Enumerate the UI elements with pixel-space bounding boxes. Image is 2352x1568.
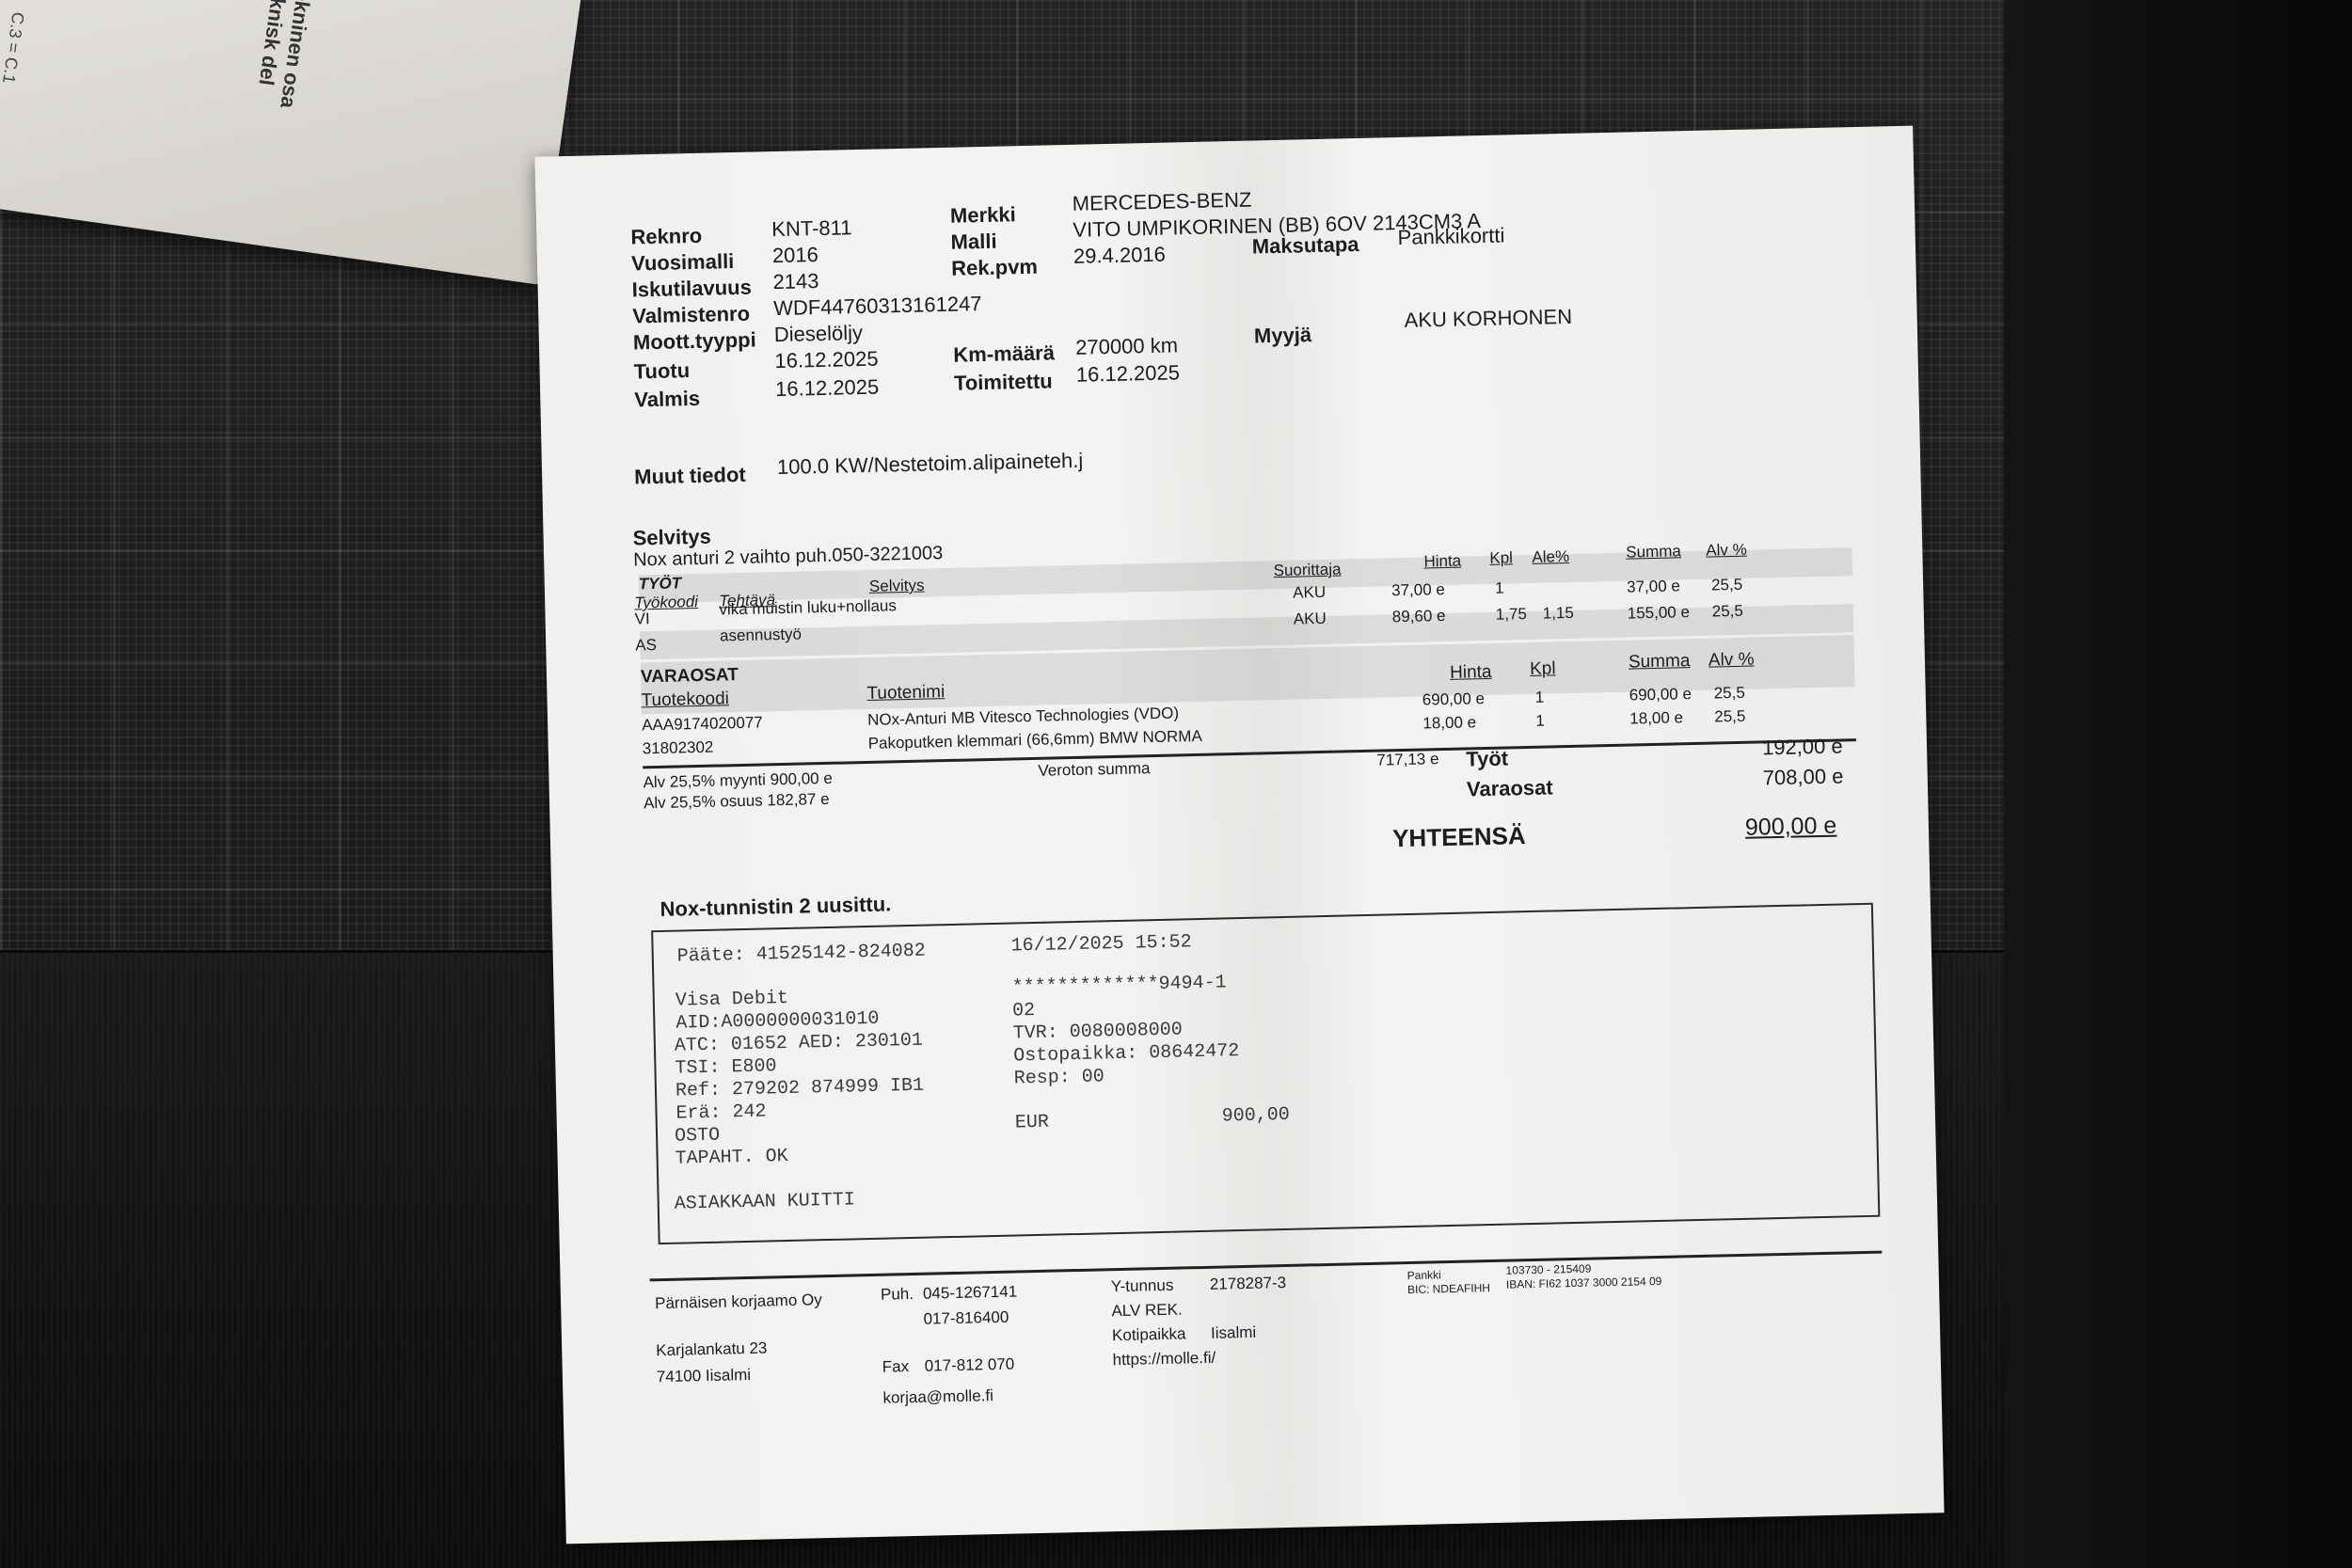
maksutapa-label: Maksutapa [1252, 232, 1359, 260]
labor-cell-discount: 1,15 [1543, 604, 1575, 624]
parts-cell-vat: 25,5 [1714, 684, 1746, 704]
net-sum-value: 717,13 e [1376, 750, 1439, 769]
labor-cell-price: 89,60 e [1392, 607, 1446, 626]
fax-label: Fax [882, 1357, 910, 1377]
iskutilavuus-label: Iskutilavuus [631, 276, 752, 303]
muut-value: 100.0 KW/Nestetoim.alipaineteh.j [777, 449, 1084, 480]
valmistenro-value: WDF44760313161247 [773, 292, 982, 321]
grand-total-value: 900,00 e [1745, 813, 1837, 842]
labor-total-value: 192,00 e [1762, 734, 1843, 760]
company-website[interactable]: https://molle.fi/ [1112, 1349, 1216, 1370]
labor-col-sum: Summa [1626, 542, 1681, 562]
terminal-id: Pääte: 41525142-824082 [677, 941, 927, 968]
selvitys-title: Selvitys [632, 525, 711, 551]
moottyyppi-label: Moott.tyyppi [633, 328, 756, 356]
labor-cell-price: 37,00 e [1391, 580, 1445, 600]
card-amount: 900,00 [1222, 1104, 1291, 1128]
kotipaikka-label: Kotipaikka [1112, 1324, 1186, 1345]
reknro-label: Reknro [630, 224, 702, 250]
myyja-label: Myyjä [1254, 323, 1312, 348]
booklet-heading: / Tekninen osa / Teknisk del [251, 0, 320, 110]
parts-cell-price: 690,00 e [1422, 689, 1486, 709]
card-tsi: TSI: E800 [675, 1055, 777, 1079]
card-type: Visa Debit [675, 988, 789, 1012]
fax-number: 017-812 070 [925, 1355, 1015, 1376]
rekpvm-label: Rek.pvm [951, 255, 1038, 281]
valmis-label: Valmis [634, 387, 700, 413]
toimitettu-value: 16.12.2025 [1076, 360, 1181, 387]
labor-cell-performer: AKU [1294, 610, 1327, 629]
labor-cell-sum: 37,00 e [1627, 577, 1680, 596]
card-atc-aed: ATC: 01652 AED: 230101 [675, 1030, 924, 1057]
card-ref: Ref: 279202 874999 IB1 [675, 1075, 925, 1102]
card-transaction-type: OSTO [675, 1125, 721, 1148]
labor-col-qty: Kpl [1489, 548, 1513, 568]
parts-col-vat: Alv % [1708, 650, 1755, 672]
card-number: *************9494-1 [1011, 972, 1227, 998]
parts-cell-sum: 690,00 e [1629, 685, 1692, 705]
parts-cell-code: AAA9174020077 [642, 713, 763, 735]
car-seat-side [2004, 0, 2352, 1568]
parts-total-value: 708,00 e [1762, 764, 1843, 790]
parts-col-sum: Summa [1629, 651, 1691, 673]
card-resp: Resp: 00 [1014, 1066, 1105, 1089]
invoice-receipt: Reknro KNT-811 Vuosimalli 2016 Iskutilav… [534, 126, 1944, 1544]
totals-divider [643, 738, 1856, 768]
phone-2: 017-816400 [923, 1308, 1009, 1329]
card-ostopaikka: Ostopaikka: 08642472 [1013, 1040, 1240, 1067]
card-payment-receipt: Pääte: 41525142-824082 16/12/2025 15:52 … [651, 903, 1880, 1244]
rekpvm-value: 29.4.2016 [1073, 243, 1166, 269]
kotipaikka-value: Iisalmi [1211, 1323, 1257, 1343]
maksutapa-value: Pankkikortti [1397, 223, 1504, 250]
vat-sales: Alv 25,5% myynti 900,00 e [643, 769, 833, 793]
tuotu-value: 16.12.2025 [774, 347, 879, 373]
card-status: TAPAHT. OK [675, 1146, 788, 1170]
parts-cell-code: 31802302 [643, 738, 714, 759]
labor-cell-vat: 25,5 [1712, 602, 1744, 622]
parts-section-title: VARAOSAT [641, 665, 739, 688]
iskutilavuus-value: 2143 [772, 269, 819, 294]
merkki-value: MERCEDES-BENZ [1072, 188, 1251, 216]
net-sum-label: Veroton summa [1038, 759, 1150, 781]
reknro-value: KNT-811 [771, 215, 852, 242]
booklet-code: C.3 = C.1 [0, 10, 27, 85]
iban: IBAN: FI62 1037 3000 2154 09 [1506, 1275, 1662, 1291]
labor-cell-code: VI [634, 610, 650, 628]
labor-cell-task: asennustyö [720, 626, 802, 646]
vat-share: Alv 25,5% osuus 182,87 e [644, 790, 830, 813]
muut-label: Muut tiedot [634, 463, 746, 490]
phone-label: Puh. [881, 1285, 914, 1305]
vuosimalli-value: 2016 [772, 243, 819, 268]
customer-copy: ASIAKKAAN KUITTI [674, 1189, 855, 1214]
labor-cell-code: AS [635, 636, 657, 656]
labor-cell-qty: 1,75 [1496, 605, 1528, 625]
labor-col-desc: Selvitys [869, 577, 925, 596]
card-seq: 02 [1012, 1000, 1036, 1022]
card-aid: AID:A0000000031010 [675, 1008, 880, 1035]
bank-account: 103730 - 215409 [1505, 1262, 1591, 1277]
km-value: 270000 km [1075, 333, 1178, 359]
labor-cell-task: vika muistin luku+nollaus [719, 596, 897, 619]
labor-cell-sum: 155,00 e [1628, 603, 1691, 623]
labor-section-title: TYÖT [639, 574, 682, 594]
bank-label: Pankki [1407, 1268, 1441, 1282]
toimitettu-label: Toimitettu [954, 369, 1053, 395]
card-currency: EUR [1015, 1112, 1050, 1134]
ytunnus-label: Y-tunnus [1111, 1276, 1174, 1297]
merkki-label: Merkki [950, 202, 1016, 229]
moottyyppi-value: Dieselöljy [774, 321, 864, 347]
parts-col-name: Tuotenimi [866, 682, 945, 705]
labor-cell-qty: 1 [1495, 579, 1504, 598]
grand-total-label: YHTEENSÄ [1392, 821, 1526, 853]
parts-cell-name: Pakoputken klemmari (66,6mm) BMW NORMA [867, 727, 1202, 753]
bic: BIC: NDEAFIHH [1407, 1281, 1490, 1296]
labor-col-discount: Ale% [1532, 547, 1569, 567]
company-street: Karjalankatu 23 [656, 1339, 768, 1361]
vuosimalli-label: Vuosimalli [631, 249, 735, 276]
card-era: Erä: 242 [675, 1101, 767, 1124]
km-label: Km-määrä [953, 341, 1055, 367]
parts-col-qty: Kpl [1530, 658, 1556, 680]
company-city: 74100 Iisalmi [657, 1366, 752, 1386]
labor-cell-vat: 25,5 [1711, 576, 1743, 595]
ytunnus-value: 2178287-3 [1210, 1274, 1287, 1294]
malli-label: Malli [950, 230, 996, 255]
alv-rek: ALV REK. [1111, 1301, 1183, 1322]
card-tvr: TVR: 0080008000 [1012, 1019, 1183, 1044]
parts-total-label: Varaosat [1467, 775, 1553, 801]
labor-total-label: Työt [1466, 747, 1508, 772]
labor-col-performer: Suorittaja [1273, 560, 1341, 580]
valmis-value: 16.12.2025 [775, 375, 880, 402]
labor-col-vat: Alv % [1706, 541, 1747, 561]
parts-cell-price: 18,00 e [1422, 713, 1476, 733]
parts-cell-sum: 18,00 e [1629, 708, 1683, 728]
labor-cell-performer: AKU [1293, 583, 1326, 603]
tuotu-label: Tuotu [633, 358, 690, 384]
parts-cell-qty: 1 [1535, 712, 1545, 731]
work-note: Nox-tunnistin 2 uusittu. [660, 892, 891, 922]
transaction-datetime: 16/12/2025 15:52 [1010, 931, 1192, 957]
valmistenro-label: Valmistenro [632, 302, 750, 329]
parts-cell-qty: 1 [1535, 689, 1545, 707]
parts-cell-vat: 25,5 [1714, 707, 1746, 727]
myyja-value: AKU KORHONEN [1404, 305, 1572, 333]
parts-col-code: Tuotekoodi [641, 689, 729, 711]
phone-1: 045-1267141 [923, 1282, 1018, 1303]
company-name: Pärnäisen korjaamo Oy [655, 1291, 822, 1313]
labor-col-price: Hinta [1423, 552, 1461, 572]
company-email[interactable]: korjaa@molle.fi [882, 1386, 993, 1408]
parts-col-price: Hinta [1450, 662, 1492, 684]
